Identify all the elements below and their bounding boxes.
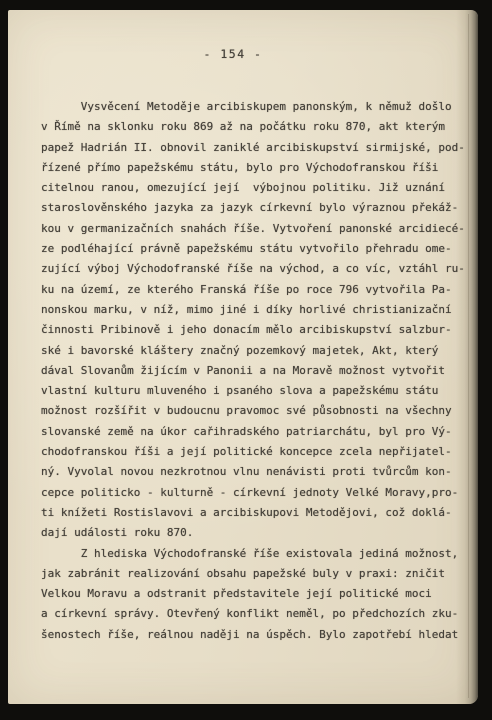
text-line: činnosti Pribinově i jeho donacím mělo a… <box>41 320 467 340</box>
text-line: slovanské země na úkor cařihradského pat… <box>41 422 467 442</box>
page-number: - 154 - <box>33 47 433 61</box>
page-edge-line <box>468 14 469 698</box>
text-line: Vysvěcení Metoděje arcibiskupem panonský… <box>41 97 467 117</box>
book-page: - 154 - Vysvěcení Metoděje arcibiskupem … <box>8 10 478 704</box>
text-line: vlastní kulturu mluveného i psaného slov… <box>41 381 467 401</box>
scan-background: - 154 - Vysvěcení Metoděje arcibiskupem … <box>0 0 492 720</box>
page-text: Vysvěcení Metoděje arcibiskupem panonský… <box>41 97 467 645</box>
text-line: staroslověnského jazyka za jazyk církevn… <box>41 198 467 218</box>
text-line: v Římě na sklonku roku 869 až na počátku… <box>41 117 467 137</box>
text-line: dají události roku 870. <box>41 523 467 543</box>
text-line: Velkou Moravu a odstranit představitele … <box>41 584 467 604</box>
text-line: Z hlediska Východofranské říše existoval… <box>41 544 467 564</box>
text-line: cepce politicko - kulturně - církevní je… <box>41 483 467 503</box>
text-line: šenostech říše, reálnou naději na úspěch… <box>41 625 467 645</box>
text-line: citelnou ranou, omezující její výbojnou … <box>41 178 467 198</box>
text-line: zující výboj Východofranské říše na vých… <box>41 259 467 279</box>
text-line: nonskou marku, v níž, mimo jiné i díky h… <box>41 300 467 320</box>
text-line: ské i bavorské kláštery značný pozemkový… <box>41 341 467 361</box>
text-line: a církevní správy. Otevřený konflikt nem… <box>41 604 467 624</box>
text-line: řízené přímo papežskému státu, bylo pro … <box>41 158 467 178</box>
text-line: dával Slovanům žijícím v Panonii a na Mo… <box>41 361 467 381</box>
text-line: papež Hadrián II. obnovil zaniklé arcibi… <box>41 138 467 158</box>
text-line: možnost rozšířit v budoucnu pravomoc své… <box>41 401 467 421</box>
text-line: jak zabránit realizování obsahu papežské… <box>41 564 467 584</box>
text-line: ku na území, ze kterého Franská říše po … <box>41 280 467 300</box>
text-line: ný. Vyvolal novou nezkrotnou vlnu nenávi… <box>41 462 467 482</box>
text-line: kou v germanizačních snahách říše. Vytvo… <box>41 219 467 239</box>
text-line: chodofranskou říši a její politické konc… <box>41 442 467 462</box>
text-line: ti knížeti Rostislavovi a arcibiskupovi … <box>41 503 467 523</box>
text-line: ze podléhající právně papežskému státu v… <box>41 239 467 259</box>
